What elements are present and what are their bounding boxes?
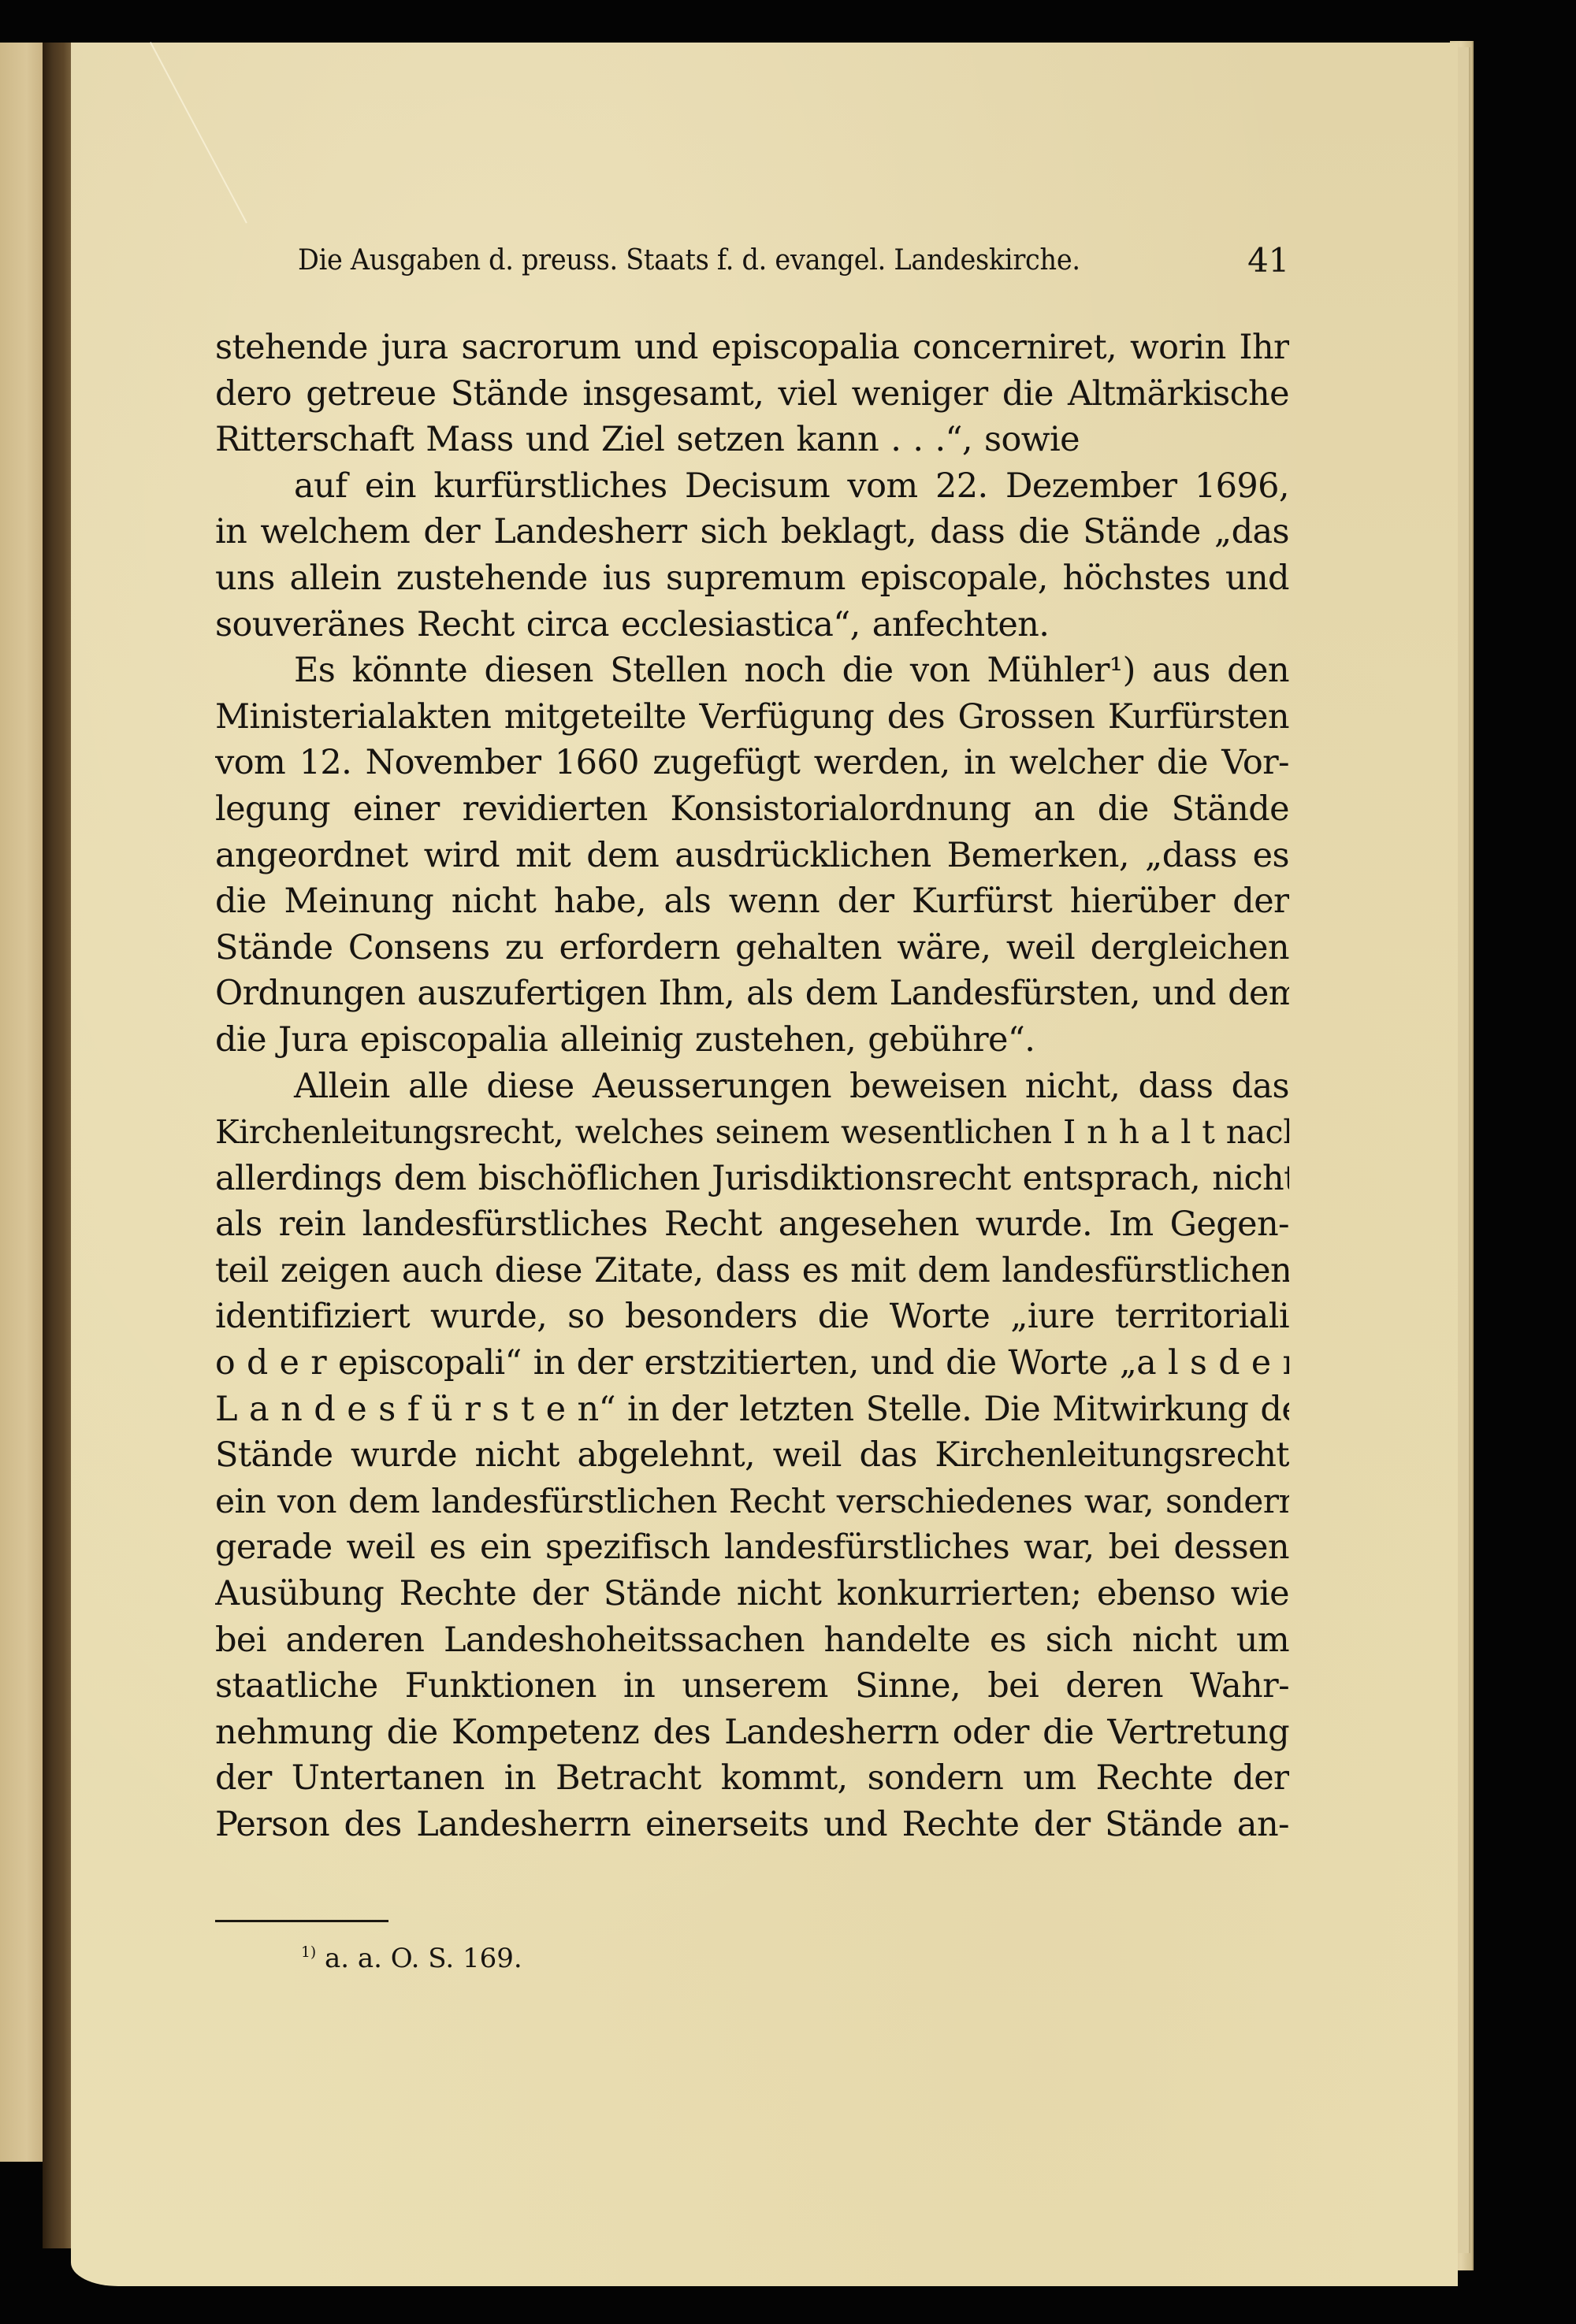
text-line: die Jura episcopalia alleinig zustehen, … [215,1017,1289,1064]
facing-page-edge [0,43,44,2162]
text-line: Ordnungen auszufertigen Ihm, als dem Lan… [215,971,1289,1017]
page-number: 41 [1247,241,1289,280]
text-line: Ausübung Rechte der Stände nicht konkurr… [215,1571,1289,1617]
text-line: o d e r episcopali“ in der erstzitierten… [215,1340,1289,1387]
text-line: als rein landesfürstliches Recht angeseh… [215,1201,1289,1248]
text-line: in welchem der Landesherr sich beklagt, … [215,509,1289,555]
footnote-rule [215,1920,388,1922]
text-line: vom 12. November 1660 zugefügt werden, i… [215,740,1289,786]
footnote-marker: 1) [301,1944,316,1961]
text-line: stehende jura sacrorum und episcopalia c… [215,325,1289,371]
text-line: nehmung die Kompetenz des Landesherrn od… [215,1710,1289,1756]
text-line: Ministerialakten mitgeteilte Verfügung d… [215,694,1289,741]
text-line: allerdings dem bischöflichen Jurisdiktio… [215,1156,1289,1202]
text-line: identifiziert wurde, so besonders die Wo… [215,1294,1289,1340]
text-line: angeordnet wird mit dem ausdrücklichen B… [215,833,1289,879]
text-line: legung einer revidierten Konsistorialord… [215,786,1289,833]
text-line: der Untertanen in Betracht kommt, sonder… [215,1755,1289,1802]
book-page: Die Ausgaben d. preuss. Staats f. d. eva… [71,43,1458,2286]
book-gutter-shadow [43,43,72,2248]
text-line: die Meinung nicht habe, als wenn der Kur… [215,878,1289,925]
text-line: Ritterschaft Mass und Ziel setzen kann .… [215,417,1289,463]
body-text: stehende jura sacrorum und episcopalia c… [215,325,1289,1848]
page-edges-stack-inner [1458,47,1470,2253]
text-line: gerade weil es ein spezifisch landesfürs… [215,1524,1289,1571]
text-line: Es könnte diesen Stellen noch die von Mü… [215,648,1289,694]
text-line: auf ein kurfürstliches Decisum vom 22. D… [215,463,1289,510]
text-line: Allein alle diese Aeusserungen beweisen … [215,1064,1289,1110]
scanned-book-spread: Die Ausgaben d. preuss. Staats f. d. eva… [0,0,1576,2324]
text-line: souveränes Recht circa ecclesiastica“, a… [215,602,1289,648]
text-line: bei anderen Landeshoheitssachen handelte… [215,1617,1289,1664]
text-line: Kirchenleitungsrecht, welches seinem wes… [215,1109,1289,1156]
footnote: 1) a. a. O. S. 169. [301,1941,522,1976]
text-line: dero getreue Stände insgesamt, viel weni… [215,371,1289,418]
running-head: Die Ausgaben d. preuss. Staats f. d. eva… [298,241,1289,280]
running-head-title: Die Ausgaben d. preuss. Staats f. d. eva… [298,241,1080,280]
text-line: L a n d e s f ü r s t e n“ in der letzte… [215,1387,1289,1433]
text-line: teil zeigen auch diese Zitate, dass es m… [215,1248,1289,1294]
text-line: ein von dem landesfürstlichen Recht vers… [215,1479,1289,1525]
text-line: uns allein zustehende ius supremum episc… [215,555,1289,602]
text-line: staatliche Funktionen in unserem Sinne, … [215,1663,1289,1710]
footnote-text: a. a. O. S. 169. [325,1943,522,1974]
text-line: Stände wurde nicht abgelehnt, weil das K… [215,1432,1289,1479]
text-line: Stände Consens zu erfordern gehalten wär… [215,925,1289,971]
text-line: Person des Landesherrn einerseits und Re… [215,1802,1289,1848]
